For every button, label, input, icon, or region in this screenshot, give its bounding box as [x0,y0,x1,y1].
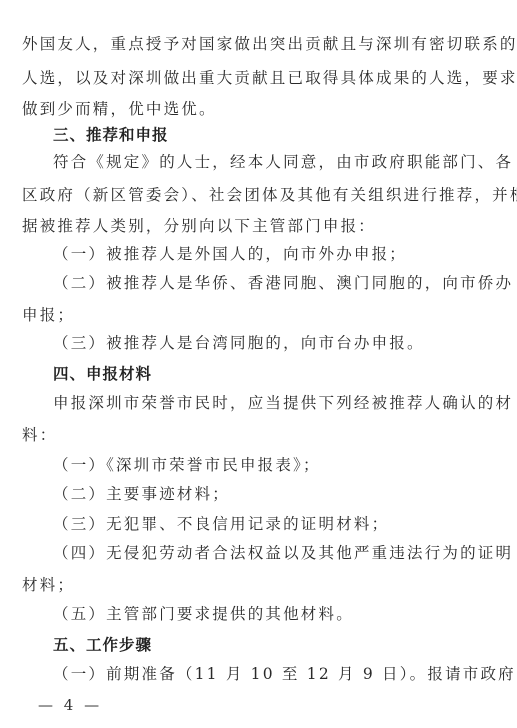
body-text-line: 据被推荐人类别，分别向以下主管部门申报： [22,216,376,236]
list-item: （三）无犯罪、不良信用记录的证明材料； [53,514,389,534]
document-page: 外国友人，重点授予对国家做出突出贡献且与深圳有密切联系的 人选，以及对深圳做出重… [0,0,517,728]
list-item: （一）《深圳市荣誉市民申报表》； [53,455,321,475]
page-number: — 4 — [38,696,102,714]
list-item: （一）被推荐人是外国人的，向市外办申报； [53,244,407,264]
body-text-line: 申报深圳市荣誉市民时，应当提供下列经被推荐人确认的材 [53,393,513,413]
list-item: （四）无侵犯劳动者合法权益以及其他严重违法行为的证明 [53,543,513,563]
section-heading-5: 五、工作步骤 [53,635,152,655]
list-item: （二）被推荐人是华侨、香港同胞、澳门同胞的，向市侨办 [53,273,513,293]
section-heading-4: 四、申报材料 [53,364,152,384]
body-text-line: 料： [22,425,57,445]
body-text-line: 区政府（新区管委会）、社会团体及其他有关组织进行推荐，并根 [22,185,517,205]
body-text-line: 符合《规定》的人士，经本人同意，由市政府职能部门、各 [53,152,513,172]
body-text-line: 做到少而精，优中选优。 [22,99,217,119]
section-heading-3: 三、推荐和申报 [53,125,169,145]
body-text-line: 人选，以及对深圳做出重大贡献且已取得具体成果的人选，要求 [22,68,517,88]
list-item: （二）主要事迹材料； [53,484,230,504]
list-item: （一）前期准备（11 月 10 至 12 月 9 日）。报请市政府同意 [53,664,517,684]
body-text-line: 外国友人，重点授予对国家做出突出贡献且与深圳有密切联系的 [22,34,517,54]
list-item-continuation: 申报； [22,305,75,325]
list-item: （五）主管部门要求提供的其他材料。 [53,604,354,624]
list-item-continuation: 材料； [22,575,75,595]
list-item: （三）被推荐人是台湾同胞的，向市台办申报。 [53,333,425,353]
